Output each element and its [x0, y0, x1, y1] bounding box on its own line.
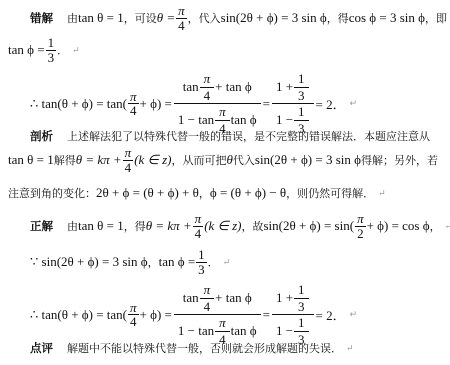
math: tan ϕ: [231, 323, 257, 339]
denominator: 3: [46, 50, 57, 65]
correct-solution-line-1: 正解 由 tan θ = 1 ，得 θ = kπ + π4 (k ∈ z) ，故…: [30, 212, 450, 240]
math: 1 −: [276, 112, 293, 128]
numerator: 1: [294, 105, 309, 120]
text: ，: [430, 218, 441, 234]
analysis-line-3: 注意到角的变化： 2θ + ϕ = (θ + ϕ) + θ ， ϕ = (θ +…: [8, 185, 386, 201]
text: ，则仍然可得解．: [286, 185, 374, 201]
fraction: π4: [123, 146, 134, 174]
math: sin(2θ + ϕ) = 3 sin ϕ: [255, 152, 361, 168]
numerator: π: [215, 316, 230, 331]
fraction: π2: [355, 212, 366, 240]
section-label-analysis: 剖析: [30, 128, 53, 144]
return-mark-icon: ↵: [350, 98, 358, 109]
denominator: 4: [200, 87, 215, 103]
math: ∵ sin(2θ + ϕ) = 3 sin ϕ: [30, 254, 148, 270]
text: ．: [208, 254, 219, 270]
math: + ϕ) =: [140, 96, 172, 112]
big-fraction: tan π4 + tan ϕ 1 − tan π4 tan ϕ: [174, 72, 261, 136]
section-label-wrong-solution: 错解: [30, 10, 53, 26]
math: tan: [183, 79, 199, 95]
math: sin(2θ + ϕ) = 3 sin ϕ: [221, 10, 327, 26]
denominator: 3: [196, 262, 207, 277]
text: 注意到角的变化：: [8, 185, 96, 201]
math: ∴ tan(θ + ϕ) = tan(: [30, 96, 127, 112]
text: ，: [148, 254, 159, 270]
math: tan ϕ =: [159, 254, 196, 270]
math: θ = kπ +: [146, 218, 192, 234]
math: cos ϕ = 3 sin ϕ: [349, 10, 425, 26]
math: + ϕ) = cos ϕ: [367, 218, 430, 234]
numerator: 1: [294, 316, 309, 331]
section-label-correct-solution: 正解: [30, 218, 53, 234]
text: 解题中不能以特殊代替一般，否则就会形成解题的失误．: [67, 340, 342, 356]
math: tan ϕ: [231, 112, 257, 128]
denominator: 3: [294, 298, 309, 314]
numerator: π: [200, 72, 215, 87]
math: tan θ = 1: [78, 218, 124, 234]
fraction: π4: [128, 90, 139, 118]
text: ，代入: [188, 10, 221, 26]
big-fraction: tan π4 + tan ϕ 1 − tan π4 tan ϕ: [174, 283, 261, 347]
math: =: [263, 307, 270, 323]
text: ，: [199, 185, 210, 201]
fraction: 13: [46, 36, 57, 64]
denominator: 4: [176, 18, 187, 33]
numerator: π: [123, 146, 134, 160]
return-mark-icon: ↵: [378, 188, 386, 199]
math: =: [263, 96, 270, 112]
numerator: π: [128, 90, 139, 104]
text: 解得: [54, 152, 76, 168]
fraction: π4: [128, 301, 139, 329]
math: tan θ = 1: [8, 152, 54, 168]
text: 由: [67, 218, 78, 234]
text: ，从而可把: [172, 152, 227, 168]
fraction: 13: [196, 248, 207, 276]
math: ϕ = (θ + ϕ) − θ: [210, 185, 286, 201]
text: 得解；另外，若: [361, 152, 438, 168]
math: (k ∈ z): [204, 218, 241, 234]
denominator: 4: [128, 314, 139, 329]
big-fraction: 1 + 13 1 − 13: [272, 283, 314, 347]
denominator: 2: [355, 226, 366, 241]
denominator: 3: [294, 87, 309, 103]
comment-line: 点评 解题中不能以特殊代替一般，否则就会形成解题的失误． ↵: [30, 340, 354, 356]
math: 1 − tan: [178, 112, 214, 128]
math: = 2．: [316, 94, 346, 113]
big-fraction: 1 + 13 1 − 13: [272, 72, 314, 136]
numerator: π: [128, 301, 139, 315]
return-mark-icon: ↵: [350, 309, 358, 320]
math: θ = kπ +: [76, 152, 122, 168]
analysis-line-1: 剖析 上述解法犯了以特殊代替一般的错误，是不完整的错误解法．本题应注意从: [30, 128, 430, 144]
math: tan θ = 1: [78, 10, 124, 26]
wrong-solution-line-2: tan ϕ = 13 ． ↵: [8, 36, 80, 64]
correct-solution-line-2: ∵ sin(2θ + ϕ) = 3 sin ϕ ， tan ϕ = 13 ． ↵: [30, 248, 230, 276]
denominator: 4: [193, 226, 204, 241]
math: θ =: [157, 10, 175, 26]
fraction: π4: [176, 4, 187, 32]
denominator: 4: [123, 160, 134, 175]
return-mark-icon: ↵: [72, 45, 80, 56]
math: = 2．: [316, 305, 346, 324]
numerator: π: [355, 212, 366, 226]
numerator: 1: [46, 36, 57, 50]
text: 由: [67, 10, 78, 26]
denominator: 4: [200, 298, 215, 314]
section-label-comment: 点评: [30, 340, 53, 356]
numerator: π: [176, 4, 187, 18]
return-mark-icon: ↵: [445, 221, 450, 232]
text: 上述解法犯了以特殊代替一般的错误，是不完整的错误解法．本题应注意从: [67, 128, 430, 144]
wrong-solution-equation: ∴ tan(θ + ϕ) = tan( π4 + ϕ) = tan π4 + t…: [30, 72, 357, 136]
denominator: 4: [128, 103, 139, 118]
numerator: π: [193, 212, 204, 226]
math: + tan ϕ: [215, 290, 252, 306]
analysis-line-2: tan θ = 1 解得 θ = kπ + π4 (k ∈ z) ，从而可把 θ…: [8, 146, 438, 174]
numerator: 1: [294, 283, 309, 298]
math: ∴ tan(θ + ϕ) = tan(: [30, 307, 127, 323]
math: 1 +: [276, 79, 293, 95]
return-mark-icon: ↵: [346, 343, 354, 354]
correct-solution-equation: ∴ tan(θ + ϕ) = tan( π4 + ϕ) = tan π4 + t…: [30, 283, 357, 347]
numerator: 1: [294, 72, 309, 87]
math: 1 − tan: [178, 323, 214, 339]
math: 2θ + ϕ = (θ + ϕ) + θ: [96, 185, 199, 201]
math: 1 −: [276, 323, 293, 339]
text: ，故: [242, 218, 264, 234]
text: ，即: [425, 10, 447, 26]
numerator: π: [200, 283, 215, 298]
math: (k ∈ z): [134, 152, 171, 168]
text: ，得: [124, 218, 146, 234]
text: ，得: [327, 10, 349, 26]
text: 代入: [233, 152, 255, 168]
math: tan: [183, 290, 199, 306]
wrong-solution-line-1: 错解 由 tan θ = 1 ，可设 θ = π4 ，代入 sin(2θ + ϕ…: [30, 4, 447, 32]
text: ．: [57, 42, 68, 58]
numerator: π: [215, 105, 230, 120]
return-mark-icon: ↵: [223, 257, 231, 268]
math: 1 +: [276, 290, 293, 306]
numerator: 1: [196, 248, 207, 262]
math: tan ϕ =: [8, 42, 45, 58]
math: + ϕ) =: [140, 307, 172, 323]
text: ，可设: [124, 10, 157, 26]
math: sin(2θ + ϕ) = sin(: [264, 218, 355, 234]
fraction: π4: [193, 212, 204, 240]
math: + tan ϕ: [215, 79, 252, 95]
